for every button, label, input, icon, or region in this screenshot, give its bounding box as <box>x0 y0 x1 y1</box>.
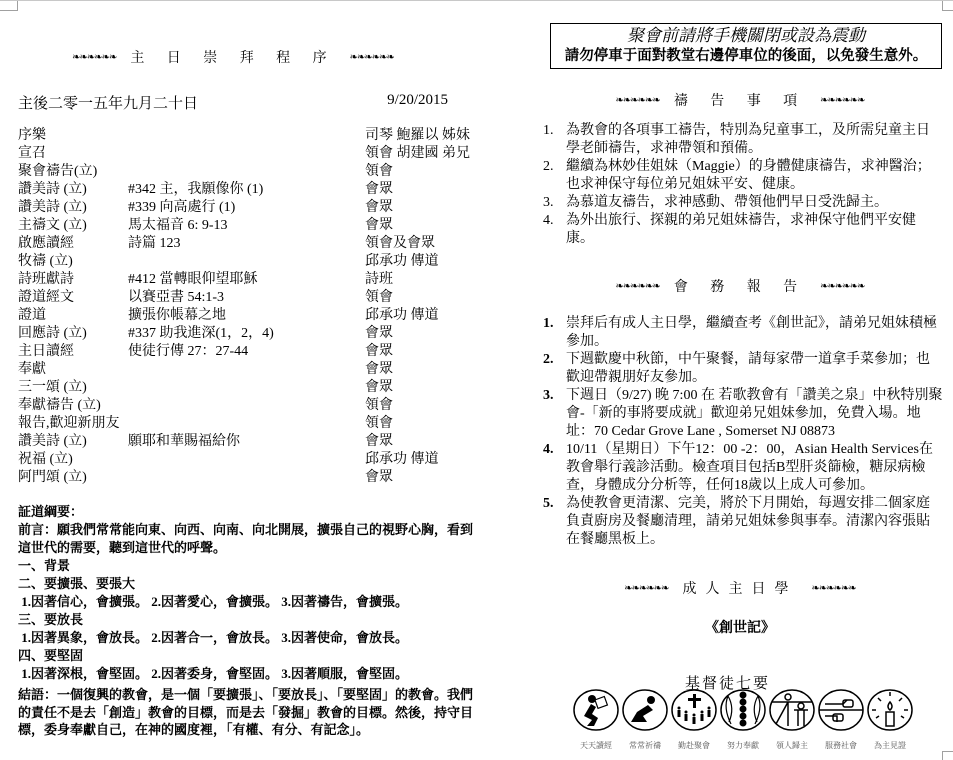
service-item: 序樂 <box>18 124 128 144</box>
service-leader: 領會 <box>365 394 478 414</box>
essential-item: 勤赴聚會 <box>670 688 718 751</box>
crop-mark-top-left <box>0 1 18 11</box>
service-item-row: 牧禱 (立)邱承功 傳道 <box>18 251 478 269</box>
announcements-list: 1.崇拜后有成人主日學，繼續查考《創世記》，請弟兄姐妹積極參加。2.下週歡慶中秋… <box>543 315 943 549</box>
essential-label: 服務社會 <box>825 740 857 751</box>
item-number: 2. <box>543 351 566 387</box>
service-leader: 詩班 <box>365 268 478 288</box>
service-leader: 領會 <box>365 412 478 432</box>
service-leader: 會眾 <box>365 376 478 396</box>
order-of-service: 序樂司琴 鮑羅以 姊妹宣召領會 胡建國 弟兄聚會禱告(立)領會讚美詩 (立)#3… <box>18 125 478 485</box>
service-leader: 會眾 <box>365 178 478 198</box>
list-item: 2.下週歡慶中秋節，中午聚餐，請每家帶一道拿手菜參加；也歡迎帶親朋好友參加。 <box>543 351 943 387</box>
announcements-title: 會 務 報 告 <box>674 276 806 296</box>
praying-icon <box>621 688 669 737</box>
service-item-row: 聚會禱告(立)領會 <box>18 161 478 179</box>
ornament-icon: ❧❧❧❧❧❧ <box>820 281 864 292</box>
service-leader: 領會及會眾 <box>365 232 478 252</box>
essential-label: 勤赴聚會 <box>678 740 710 751</box>
outline-line: 1.因著信心，會擴張。 2.因著愛心，會擴張。 3.因著禱告，會擴張。 <box>18 593 478 611</box>
service-item: 宣召 <box>18 142 128 162</box>
service-item: 阿門頌 (立) <box>18 466 128 486</box>
ornament-icon: ❧❧❧❧❧❧ <box>820 95 864 106</box>
service-item: 報告,歡迎新朋友 <box>18 412 128 432</box>
service-item-row: 讚美詩 (立)#342 主，我願像你 (1)會眾 <box>18 179 478 197</box>
outline-intro: 前言：願我們常常能向東、向西、向南、向北開展，擴張自己的視野心胸，看到這世代的需… <box>18 521 478 557</box>
service-item-row: 主日讀經使徒行傳 27：27-44會眾 <box>18 341 478 359</box>
service-item-row: 啟應讀經詩篇 123領會及會眾 <box>18 233 478 251</box>
service-content: 詩篇 123 <box>128 232 365 252</box>
list-item: 1.崇拜后有成人主日學，繼續查考《創世記》，請弟兄姐妹積極參加。 <box>543 315 943 351</box>
outline-line: 二、要擴張、要張大 <box>18 575 478 593</box>
service-content: 使徒行傳 27：27-44 <box>128 340 365 360</box>
fish-offering-icon <box>719 688 767 737</box>
service-item-row: 回應詩 (立)#337 助我進深(1，2，4)會眾 <box>18 323 478 341</box>
service-item: 讚美詩 (立) <box>18 178 128 198</box>
item-number: 4. <box>543 441 566 495</box>
service-content: 馬太福音 6: 9-13 <box>128 214 365 234</box>
list-item: 2.繼續為林妙佳姐妹（Maggie）的身體健康禱告，求神醫治；也求神保守每位弟兄… <box>543 158 943 194</box>
list-item: 4.10/11（星期日）下午12：00 -2：00，Asian Health S… <box>543 441 943 495</box>
service-item: 奉獻禱告 (立) <box>18 394 128 414</box>
candle-witness-icon <box>866 688 914 737</box>
service-leader: 會眾 <box>365 430 478 450</box>
service-leader: 司琴 鮑羅以 姊妹 <box>365 124 478 144</box>
essential-item: 為主見證 <box>866 688 914 751</box>
service-item: 主禱文 (立) <box>18 214 128 234</box>
service-item-row: 證道擴張你帳幕之地邱承功 傳道 <box>18 305 478 323</box>
service-leader: 會眾 <box>365 358 478 378</box>
notice-box: 聚會前請將手機關閉或設為震動 請勿停車于面對教堂右邊停車位的後面，以免發生意外。 <box>550 23 942 69</box>
item-text: 下週歡慶中秋節，中午聚餐，請每家帶一道拿手菜參加；也歡迎帶親朋好友參加。 <box>566 351 943 387</box>
service-content: #339 向高處行 (1) <box>128 196 365 216</box>
service-date-row: 主後二零一五年九月二十日 9/20/2015 <box>18 92 448 113</box>
item-number: 3. <box>543 194 566 212</box>
bible-reading-icon <box>572 688 620 737</box>
essential-item: 努力奉獻 <box>719 688 767 751</box>
adult-school-heading: ❧❧❧❧❧❧ 成人主日學 ❧❧❧❧❧❧ <box>535 578 945 598</box>
service-item: 牧禱 (立) <box>18 250 128 270</box>
item-number: 5. <box>543 495 566 549</box>
service-leader: 領會 胡建國 弟兄 <box>365 142 478 162</box>
list-item: 3.為慕道友禱告，求神感動、帶領他們早日受洗歸主。 <box>543 194 943 212</box>
service-leader: 邱承功 傳道 <box>365 250 478 270</box>
essential-item: 常常祈禱 <box>621 688 669 751</box>
service-content: 以賽亞書 54:1-3 <box>128 286 365 306</box>
service-leader: 邱承功 傳道 <box>365 448 478 468</box>
service-item: 聚會禱告(立) <box>18 160 128 180</box>
service-item: 詩班獻詩 <box>18 268 128 288</box>
service-item: 三一頌 (立) <box>18 376 128 396</box>
service-item-row: 奉獻禱告 (立)領會 <box>18 395 478 413</box>
item-number: 4. <box>543 212 566 248</box>
ornament-icon: ❧❧❧❧❧❧ <box>616 281 660 292</box>
service-item-row: 奉獻會眾 <box>18 359 478 377</box>
essential-label: 天天讀經 <box>580 740 612 751</box>
outline-line: 一、背景 <box>18 557 478 575</box>
service-item-row: 讚美詩 (立)願耶和華賜福給你會眾 <box>18 431 478 449</box>
service-content: 擴張你帳幕之地 <box>128 304 365 324</box>
list-item: 4.為外出旅行、探親的弟兄姐妹禱告，求神保守他們平安健康。 <box>543 212 943 248</box>
service-item: 主日讀經 <box>18 340 128 360</box>
prayer-heading: ❧❧❧❧❧❧ 禱 告 事 項 ❧❧❧❧❧❧ <box>535 90 945 110</box>
service-item: 證道經文 <box>18 286 128 306</box>
list-item: 5.為使教會更清潔、完美，將於下月開始，每週安排二個家庭負責廚房及餐廳清理，請弟… <box>543 495 943 549</box>
service-item-row: 三一頌 (立)會眾 <box>18 377 478 395</box>
service-content: #412 當轉眼仰望耶穌 <box>128 268 365 288</box>
service-content: #337 助我進深(1，2，4) <box>128 322 365 342</box>
ornament-icon: ❧❧❧❧❧❧ <box>624 583 668 594</box>
item-text: 為外出旅行、探親的弟兄姐妹禱告，求神保守他們平安健康。 <box>566 212 943 248</box>
item-text: 繼續為林妙佳姐妹（Maggie）的身體健康禱告，求神醫治；也求神保守每位弟兄姐妹… <box>566 158 943 194</box>
service-item-row: 報告,歡迎新朋友領會 <box>18 413 478 431</box>
worship-order-title: 主 日 崇 拜 程 序 <box>130 47 335 67</box>
service-item-row: 讚美詩 (立)#339 向高處行 (1)會眾 <box>18 197 478 215</box>
service-item-row: 序樂司琴 鮑羅以 姊妹 <box>18 125 478 143</box>
service-leader: 邱承功 傳道 <box>365 304 478 324</box>
service-item-row: 主禱文 (立)馬太福音 6: 9-13會眾 <box>18 215 478 233</box>
item-number: 2. <box>543 158 566 194</box>
service-leader: 領會 <box>365 160 478 180</box>
announcements-page: 聚會前請將手機關閉或設為震動 請勿停車于面對教堂右邊停車位的後面，以免發生意外。… <box>535 0 945 760</box>
prayer-title: 禱 告 事 項 <box>674 90 806 110</box>
outline-heading: 証道綱要： <box>18 503 478 521</box>
service-leader: 會眾 <box>365 466 478 486</box>
item-number: 1. <box>543 122 566 158</box>
item-number: 3. <box>543 387 566 441</box>
service-item-row: 祝福 (立)邱承功 傳道 <box>18 449 478 467</box>
service-content: 願耶和華賜福給你 <box>128 430 365 450</box>
adult-school-book: 《創世記》 <box>535 617 945 637</box>
essential-label: 為主見證 <box>874 740 906 751</box>
service-item: 啟應讀經 <box>18 232 128 252</box>
outline-line: 1.因著異象，會放長。 2.因著合一，會放長。 3.因著使命，會放長。 <box>18 629 478 647</box>
item-number: 1. <box>543 315 566 351</box>
essential-label: 常常祈禱 <box>629 740 661 751</box>
service-leader: 會眾 <box>365 322 478 342</box>
service-item: 祝福 (立) <box>18 448 128 468</box>
service-leader: 會眾 <box>365 196 478 216</box>
worship-order-heading: ❧❧❧❧❧❧ 主 日 崇 拜 程 序 ❧❧❧❧❧❧ <box>18 47 448 67</box>
service-item: 回應詩 (立) <box>18 322 128 342</box>
item-text: 為慕道友禱告，求神感動、帶領他們早日受洗歸主。 <box>566 194 943 212</box>
congregation-cross-icon <box>670 688 718 737</box>
service-item: 奉獻 <box>18 358 128 378</box>
outline-line: 四、要堅固 <box>18 647 478 665</box>
ornament-icon: ❧❧❧❧❧❧ <box>812 583 856 594</box>
outline-line: 1.因著深根，會堅固。 2.因著委身，會堅固。 3.因著順服，會堅固。 <box>18 665 478 683</box>
item-text: 為使教會更清潔、完美，將於下月開始，每週安排二個家庭負責廚房及餐廳清理，請弟兄姐… <box>566 495 943 549</box>
list-item: 1.為教會的各項事工禱告，特別為兒童事工，及所需兒童主日學老師禱告，求神帶領和預… <box>543 122 943 158</box>
item-text: 為教會的各項事工禱告，特別為兒童事工，及所需兒童主日學老師禱告，求神帶領和預備。 <box>566 122 943 158</box>
adult-school-title: 成人主日學 <box>683 578 798 598</box>
ornament-icon: ❧❧❧❧❧❧ <box>72 52 116 63</box>
essential-item: 領人歸主 <box>768 688 816 751</box>
announcements-heading: ❧❧❧❧❧❧ 會 務 報 告 ❧❧❧❧❧❧ <box>535 276 945 296</box>
essential-label: 領人歸主 <box>776 740 808 751</box>
essential-label: 努力奉獻 <box>727 740 759 751</box>
ornament-icon: ❧❧❧❧❧❧ <box>350 52 394 63</box>
outline-line: 三、要放長 <box>18 611 478 629</box>
service-item-row: 宣召領會 胡建國 弟兄 <box>18 143 478 161</box>
prayer-list: 1.為教會的各項事工禱告，特別為兒童事工，及所需兒童主日學老師禱告，求神帶領和預… <box>543 122 943 248</box>
essential-item: 天天讀經 <box>572 688 620 751</box>
sermon-outline: 証道綱要： 前言：願我們常常能向東、向西、向南、向北開展，擴張自己的視野心胸，看… <box>18 503 478 683</box>
service-item: 讚美詩 (立) <box>18 196 128 216</box>
service-leader: 會眾 <box>365 340 478 360</box>
item-text: 崇拜后有成人主日學，繼續查考《創世記》，請弟兄姐妹積極參加。 <box>566 315 943 351</box>
service-item: 證道 <box>18 304 128 324</box>
service-item-row: 詩班獻詩#412 當轉眼仰望耶穌詩班 <box>18 269 478 287</box>
ornament-icon: ❧❧❧❧❧❧ <box>616 95 660 106</box>
seven-essentials-icons: 天天讀經常常祈禱勤赴聚會努力奉獻領人歸主服務社會為主見證 <box>572 688 914 751</box>
item-text: 10/11（星期日）下午12：00 -2：00，Asian Health Ser… <box>566 441 943 495</box>
date-numeric: 9/20/2015 <box>387 92 448 113</box>
sermon-conclusion: 結語：一個復興的教會，是一個「要擴張」、「要放長」、「要堅固」的教會。我們的責任… <box>18 686 478 739</box>
service-item: 讚美詩 (立) <box>18 430 128 450</box>
service-item-row: 證道經文以賽亞書 54:1-3領會 <box>18 287 478 305</box>
date-chinese: 主後二零一五年九月二十日 <box>18 92 198 113</box>
serving-hands-icon <box>817 688 865 737</box>
service-leader: 領會 <box>365 286 478 306</box>
leading-person-icon <box>768 688 816 737</box>
service-item-row: 阿門頌 (立)會眾 <box>18 467 478 485</box>
service-leader: 會眾 <box>365 214 478 234</box>
essential-item: 服務社會 <box>817 688 865 751</box>
service-content: #342 主，我願像你 (1) <box>128 178 365 198</box>
worship-program-page: ❧❧❧❧❧❧ 主 日 崇 拜 程 序 ❧❧❧❧❧❧ 主後二零一五年九月二十日 9… <box>18 0 478 760</box>
parking-notice: 請勿停車于面對教堂右邊停車位的後面，以免發生意外。 <box>551 46 941 66</box>
item-text: 下週日（9/27) 晚 7:00 在 若歌教會有「讚美之泉」中秋特別聚會-「新的… <box>566 387 943 441</box>
list-item: 3.下週日（9/27) 晚 7:00 在 若歌教會有「讚美之泉」中秋特別聚會-「… <box>543 387 943 441</box>
phone-notice: 聚會前請將手機關閉或設為震動 <box>551 25 941 46</box>
